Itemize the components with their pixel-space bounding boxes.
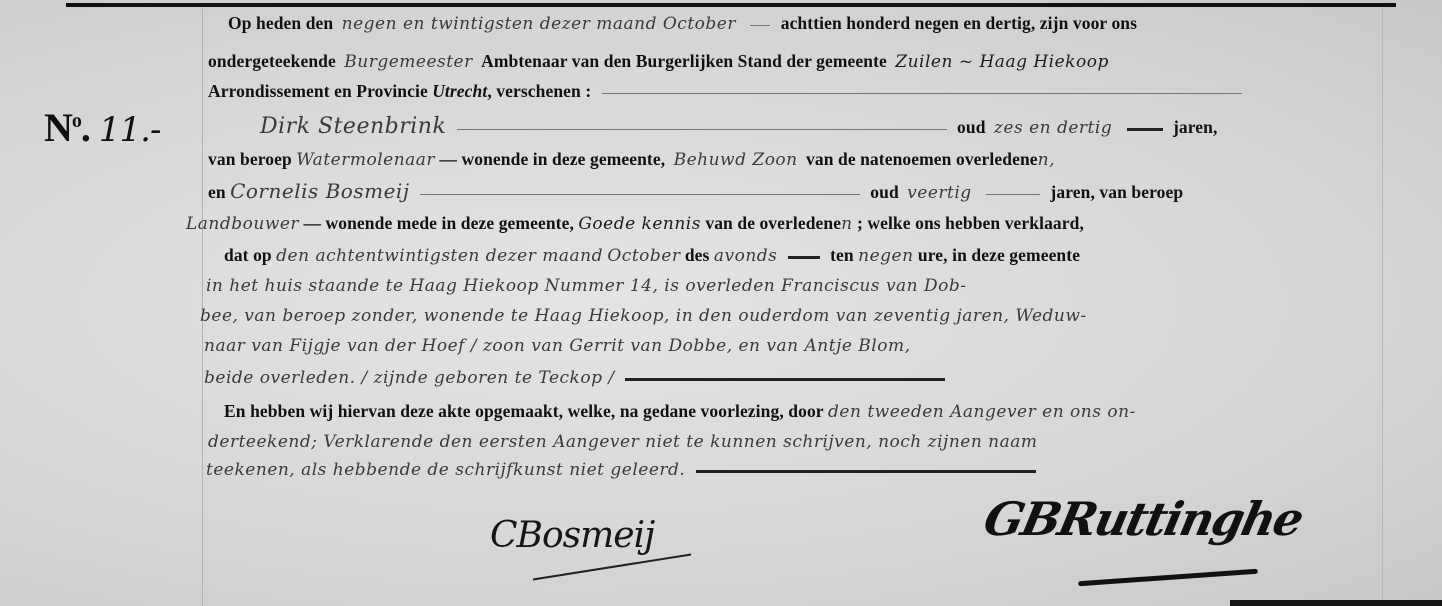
- line-7: Landbouwer — wonende mede in deze gemeen…: [186, 212, 1084, 235]
- scanned-document-page: No. 11.- Op heden den negen en twintigst…: [0, 0, 1442, 606]
- handwritten-deceased-details: in het huis staande te Haag Hiekoop Numm…: [206, 276, 967, 296]
- printed-text: Arrondissement en Provincie: [208, 81, 428, 101]
- handwritten-declarant-1-occupation: Watermolenaar: [296, 150, 435, 170]
- printed-text: van beroep: [208, 149, 292, 169]
- printed-text: ure, in deze gemeente: [918, 245, 1080, 265]
- handwritten-declarant-1-relation: Behuwd Zoon: [670, 150, 802, 170]
- handwritten-declarant-1-name: Dirk Steenbrink: [260, 114, 446, 139]
- printed-text: jaren, van beroep: [1050, 182, 1183, 202]
- line-1: Op heden den negen en twintigsten dezer …: [228, 12, 1137, 35]
- line-9: in het huis staande te Haag Hiekoop Numm…: [206, 274, 967, 297]
- printed-text: — wonende mede in deze gemeente,: [303, 213, 574, 233]
- handwritten-official-title: Burgemeester: [340, 52, 477, 72]
- printed-text: van de: [705, 213, 755, 233]
- printed-text: — wonende in deze gemeente,: [439, 149, 665, 169]
- printed-text: Ambtenaar van den Burgerlijken Stand der…: [481, 51, 887, 71]
- handwritten-declarant-2-age: veertig: [903, 183, 976, 203]
- signature-flourish: [533, 553, 691, 580]
- printed-text: oud: [957, 117, 986, 137]
- line-8: dat op den achtentwintigsten dezer maand…: [224, 244, 1080, 267]
- record-number-value: 11.: [99, 110, 150, 150]
- printed-text: overledene: [759, 213, 841, 233]
- right-margin-line: [1382, 8, 1383, 606]
- handwritten-death-date: den achtentwintigsten dezer maand: [276, 246, 603, 266]
- printed-text: ondergeteekende: [208, 51, 336, 71]
- handwritten-suffix: n,: [1038, 150, 1055, 170]
- printed-text: natenoemen overledene: [860, 149, 1038, 169]
- printed-text: achttien honderd negen en dertig, zijn v…: [781, 13, 1137, 33]
- handwritten-suffix: n: [841, 214, 852, 234]
- printed-text: des: [685, 245, 710, 265]
- record-number: No. 11.-: [44, 104, 160, 151]
- line-14: derteekend; Verklarende den eersten Aang…: [208, 430, 1038, 453]
- handwritten-hour: negen: [858, 246, 913, 266]
- printed-province: Utrecht: [432, 81, 487, 101]
- handwritten-time-of-day: avonds: [714, 246, 778, 266]
- signature-official: GBRuttinghe: [979, 492, 1307, 546]
- line-2: ondergeteekende Burgemeester Ambtenaar v…: [208, 50, 1113, 73]
- record-number-prefix: N: [44, 105, 72, 150]
- printed-text: van de: [806, 149, 856, 169]
- handwritten-declarant-2-relation: Goede kennis: [578, 214, 701, 234]
- printed-text: dat op: [224, 245, 272, 265]
- signature-witness: CBosmeij: [490, 515, 654, 556]
- line-12: beide overleden. / zijnde geboren te Tec…: [204, 366, 951, 389]
- line-11: naar van Fijgje van der Hoef / zoon van …: [204, 334, 911, 357]
- printed-text: ten: [830, 245, 854, 265]
- line-4: Dirk Steenbrink oud zes en dertig jaren,: [260, 116, 1217, 139]
- handwritten-declaration: teekenen, als hebbende de schrijfkunst n…: [206, 460, 685, 480]
- printed-text: Op heden den: [228, 13, 333, 33]
- printed-text: En hebben wij hiervan deze akte opgemaak…: [224, 401, 824, 421]
- record-number-dash: -: [150, 110, 161, 150]
- top-rule: [66, 3, 1396, 7]
- handwritten-declarant-2-name: Cornelis Bosmeij: [230, 179, 409, 203]
- signature-flourish: [1078, 569, 1258, 587]
- printed-text: , verschenen :: [487, 81, 591, 101]
- printed-text: jaren,: [1173, 117, 1218, 137]
- line-13: En hebben wij hiervan deze akte opgemaak…: [224, 400, 1136, 423]
- bottom-rule: [1230, 600, 1442, 606]
- handwritten-declarant-2-occupation: Landbouwer: [186, 214, 299, 234]
- printed-text: oud: [870, 182, 899, 202]
- printed-text: ; welke ons hebben verklaard,: [857, 213, 1084, 233]
- line-6: en Cornelis Bosmeij oud veertig jaren, v…: [208, 180, 1183, 204]
- line-5: van beroep Watermolenaar — wonende in de…: [208, 148, 1055, 171]
- line-3: Arrondissement en Provincie Utrecht, ver…: [208, 80, 1248, 102]
- record-number-sup: o: [72, 110, 81, 132]
- handwritten-deceased-details: bee, van beroep zonder, wonende te Haag …: [200, 306, 1087, 326]
- handwritten-signing-note: den tweeden Aangever en ons on-: [828, 402, 1136, 422]
- handwritten-death-month: October: [607, 246, 680, 266]
- handwritten-parents: naar van Fijgje van der Hoef / zoon van …: [204, 336, 911, 356]
- handwritten-date: negen en twintigsten dezer maand October: [338, 14, 740, 34]
- handwritten-declarant-1-age: zes en dertig: [990, 118, 1116, 138]
- line-15: teekenen, als hebbende de schrijfkunst n…: [206, 458, 1042, 481]
- printed-text: en: [208, 182, 226, 202]
- handwritten-birthplace: beide overleden. / zijnde geboren te Tec…: [204, 368, 615, 388]
- line-10: bee, van beroep zonder, wonende te Haag …: [200, 304, 1087, 327]
- handwritten-municipality: Zuilen ~ Haag Hiekoop: [891, 52, 1113, 72]
- handwritten-declaration: derteekend; Verklarende den eersten Aang…: [208, 432, 1038, 452]
